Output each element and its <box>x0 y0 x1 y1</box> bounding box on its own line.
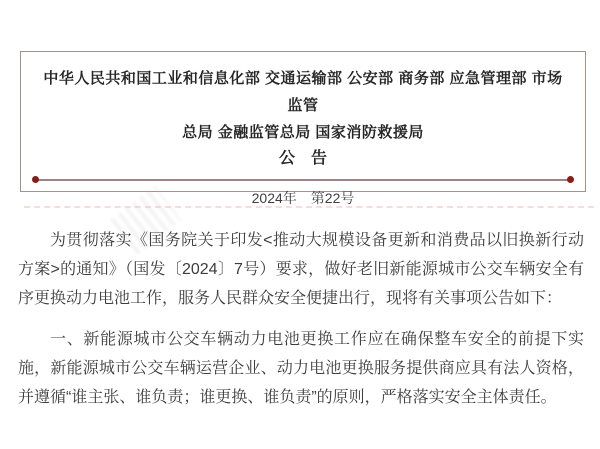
body-paragraph-2: 一、新能源城市公交车辆动力电池更换工作应在确保整车安全的前提下实施，新能源城市公… <box>18 325 584 412</box>
issuing-ministries: 中华人民共和国工业和信息化部 交通运输部 公安部 商务部 应急管理部 市场监管 … <box>21 65 585 146</box>
issue-number: 2024年 第22号 <box>21 189 585 207</box>
decorative-rule <box>33 179 573 181</box>
rule-dot-right-icon <box>567 176 574 183</box>
rule-dot-left-icon <box>32 176 39 183</box>
body-paragraph-1: 为贯彻落实《国务院关于印发<推动大规模设备更新和消费品以旧换新行动方案>的通知》… <box>18 226 584 313</box>
document-title: 公 告 <box>21 148 585 170</box>
announcement-body: 为贯彻落实《国务院关于印发<推动大规模设备更新和消费品以旧换新行动方案>的通知》… <box>18 207 584 412</box>
ministries-line-2: 总局 金融监管总局 国家消防救援局 <box>39 119 567 146</box>
header-box: 中华人民共和国工业和信息化部 交通运输部 公安部 商务部 应急管理部 市场监管 … <box>20 51 586 192</box>
announcement-page: 中华人民共和国工业和信息化部 交通运输部 公安部 商务部 应急管理部 市场监管 … <box>0 0 600 449</box>
ministries-line-1: 中华人民共和国工业和信息化部 交通运输部 公安部 商务部 应急管理部 市场监管 <box>39 65 567 119</box>
